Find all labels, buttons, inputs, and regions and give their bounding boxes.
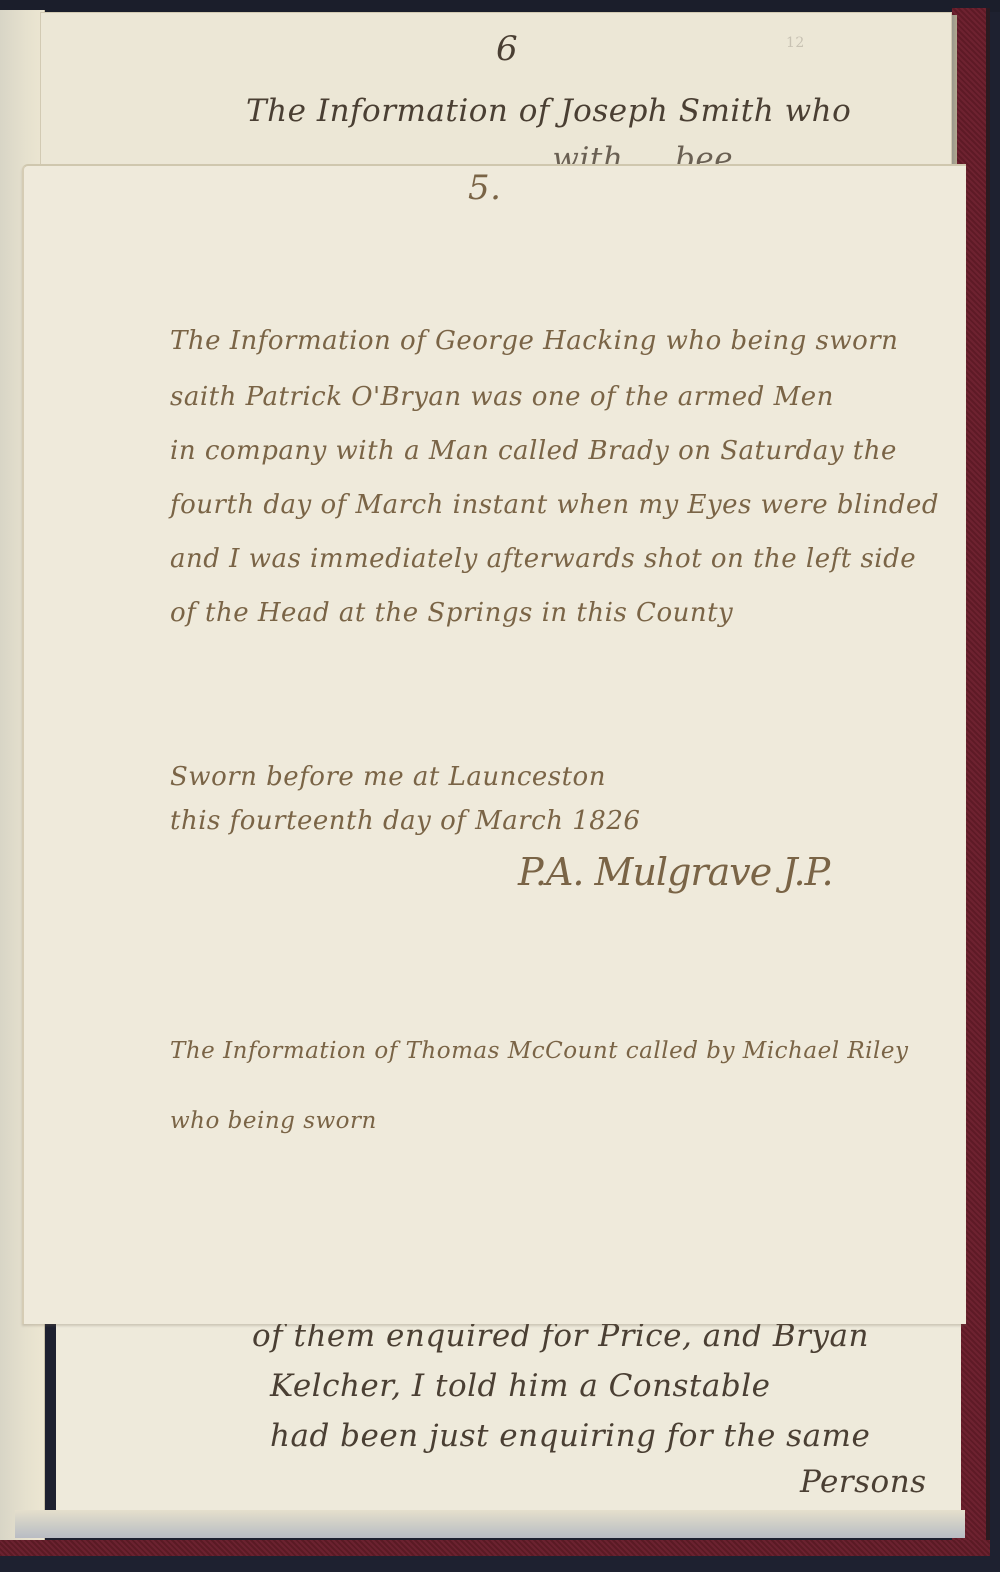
pencil-folio: 12 — [786, 35, 805, 51]
text-line: The Information of George Hacking who be… — [170, 326, 898, 356]
text-line: had been just enquiring for the same — [270, 1418, 870, 1454]
signature: P.A. Mulgrave J.P. — [518, 850, 833, 894]
text-line: of the Head at the Springs in this Count… — [170, 598, 733, 628]
page-number: 6 — [496, 29, 518, 69]
front-page-5: 5. The Information of George Hacking who… — [22, 164, 966, 1324]
lower-back-page: of them enquired for Price, and Bryan Ke… — [56, 1300, 961, 1514]
text-line: The Information of Joseph Smith who — [246, 93, 851, 129]
text-line: and I was immediately afterwards shot on… — [170, 544, 916, 574]
text-line: fourth day of March instant when my Eyes… — [170, 490, 939, 520]
text-line: who being sworn — [170, 1108, 377, 1134]
text-line: The Information of Thomas McCount called… — [170, 1038, 909, 1064]
text-line: Persons — [800, 1464, 927, 1500]
text-line: this fourteenth day of March 1826 — [170, 806, 640, 836]
text-line: saith Patrick O'Bryan was one of the arm… — [170, 382, 834, 412]
text-line: Kelcher, I told him a Constable — [270, 1368, 770, 1404]
text-line: Sworn before me at Launceston — [170, 762, 606, 792]
book-cover-bottom — [0, 1540, 990, 1556]
page-bottom-edges — [15, 1510, 965, 1538]
book-binding-top — [0, 0, 1000, 12]
text-line: in company with a Man called Brady on Sa… — [170, 436, 897, 466]
page-number: 5. — [468, 168, 501, 208]
